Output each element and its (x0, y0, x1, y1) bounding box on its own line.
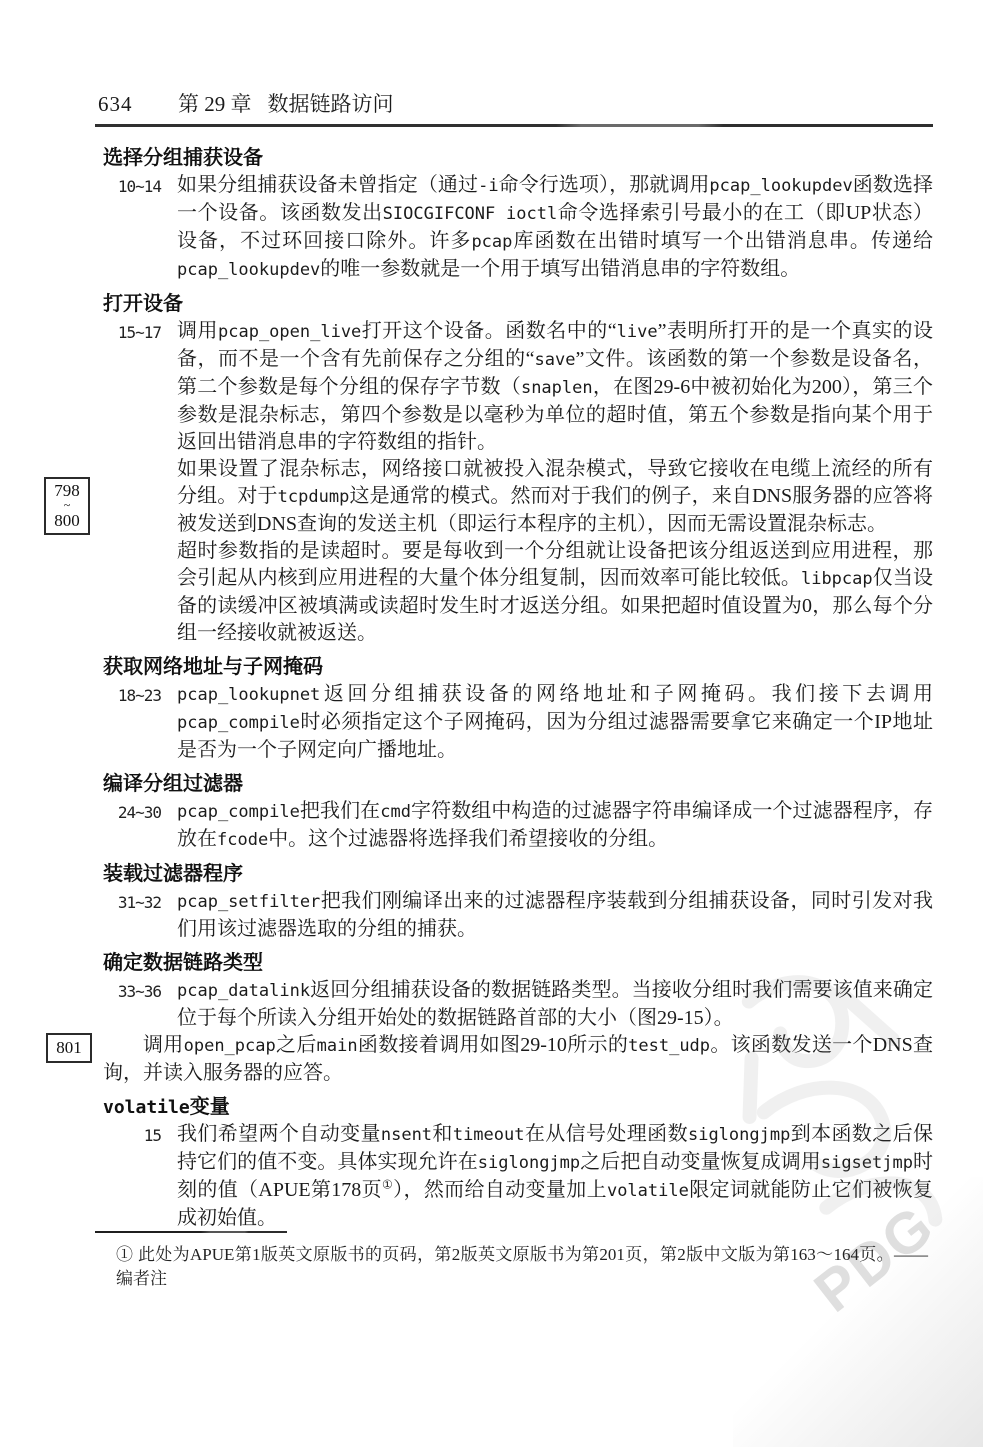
text: 之后把自动变量恢复成调用 (580, 1151, 821, 1173)
code-text: nsent (381, 1125, 432, 1145)
paragraph: 如果分组捕获设备未曾指定（通过-i命令行选项），那就调用pcap_lookupd… (177, 172, 933, 284)
code-text: open_pcap (184, 1036, 276, 1056)
text: 打开这个设备。函数名中的“ (361, 320, 616, 342)
code-text: volatile (103, 1097, 190, 1118)
numbered-commentary-block: 10~14如果分组捕获设备未曾指定（通过-i命令行选项），那就调用pcap_lo… (103, 172, 933, 284)
text: 打开设备 (103, 293, 183, 315)
line-range-label: 31~32 (103, 889, 161, 916)
code-text: siglongjmp (688, 1125, 790, 1145)
line-range-label: 10~14 (103, 173, 161, 200)
section-heading: 打开设备 (103, 291, 933, 318)
text: 编译分组过滤器 (103, 773, 243, 795)
running-header: 634第 29 章数据链路访问 (98, 88, 394, 118)
paragraph: 如果设置了混杂标志，网络接口就被投入混杂模式，导致它接收在电缆上流经的所有分组。… (177, 456, 933, 538)
text: 函数接着调用如图29-10所示的 (358, 1034, 629, 1056)
line-range-label: 18~23 (103, 682, 161, 709)
code-text: test_udp (628, 1036, 710, 1056)
numbered-commentary-block: 15~17调用pcap_open_live打开这个设备。函数名中的“live”表… (103, 318, 933, 647)
text: 在从信号处理函数 (524, 1123, 687, 1145)
chapter-label: 第 29 章 (178, 92, 252, 116)
text: 装载过滤器程序 (103, 863, 243, 885)
code-text: libpcap (801, 569, 873, 589)
code-text: cmd (380, 802, 411, 822)
text: 获取网络地址与子网掩码 (103, 656, 323, 678)
section-heading: 装载过滤器程序 (103, 861, 933, 888)
header-rule (95, 124, 933, 127)
numbered-commentary-block: 18~23pcap_lookupnet返回分组捕获设备的网络地址和子网掩码。我们… (103, 681, 933, 764)
section-heading: volatile变量 (103, 1094, 933, 1121)
code-text: pcap_datalink (177, 981, 310, 1001)
text: 我们希望两个自动变量 (177, 1123, 381, 1145)
text: 调用 (177, 320, 218, 342)
paragraph: pcap_lookupnet返回分组捕获设备的网络地址和子网掩码。我们接下去调用… (177, 681, 933, 764)
code-text: snaplen (521, 378, 593, 398)
text: 调用 (143, 1034, 184, 1056)
body-paragraph-block: 调用open_pcap之后main函数接着调用如图29-10所示的test_ud… (103, 1032, 933, 1087)
code-text: pcap_lookupnet (177, 685, 320, 705)
text: 之后 (276, 1034, 317, 1056)
text: 如果分组捕获设备未曾指定（通过 (177, 174, 478, 196)
text: ），然而给自动变量加上 (393, 1179, 607, 1201)
code-text: main (317, 1036, 358, 1056)
section-heading: 获取网络地址与子网掩码 (103, 654, 933, 681)
code-text: pcap_compile (177, 713, 300, 733)
section-heading: 编译分组过滤器 (103, 771, 933, 798)
margin-page-end: 800 (46, 511, 88, 530)
text: 变量 (190, 1096, 230, 1118)
footnote-text: ① 此处为APUE第1版英文原版书的页码，第2版英文原版书为第201页，第2版中… (116, 1243, 928, 1291)
section-heading: 确定数据链路类型 (103, 950, 933, 977)
footnote-divider (95, 1231, 287, 1233)
section-heading: 选择分组捕获设备 (103, 145, 933, 172)
margin-page-number-box: 801 (46, 1033, 92, 1063)
page-content: 选择分组捕获设备10~14如果分组捕获设备未曾指定（通过-i命令行选项），那就调… (103, 138, 933, 1232)
code-text: live (617, 322, 658, 342)
code-text: -i (478, 176, 498, 196)
margin-page-range-box: 798 ~ 800 (44, 477, 90, 535)
scan-corner-shading (733, 1177, 983, 1447)
paragraph: pcap_compile把我们在cmd字符数组中构造的过滤器字符串编译成一个过滤… (177, 798, 933, 854)
text: 把我们在 (300, 800, 380, 822)
text: 的唯一参数就是一个用于填写出错消息串的字符数组。 (320, 258, 800, 280)
text: 中。这个过滤器将选择我们希望接收的分组。 (268, 828, 668, 850)
margin-page-number: 801 (48, 1035, 90, 1061)
code-text: pcap_compile (177, 802, 300, 822)
page-number: 634 (98, 92, 150, 117)
code-text: save (535, 350, 576, 370)
paragraph: pcap_setfilter把我们刚编译出来的过滤器程序装载到分组捕获设备，同时… (177, 888, 933, 943)
numbered-commentary-block: 33~36pcap_datalink返回分组捕获设备的数据链路类型。当接收分组时… (103, 977, 933, 1032)
code-text: sigsetjmp (821, 1153, 913, 1173)
text: 命令行选项），那就调用 (499, 174, 710, 196)
text: 返回分组捕获设备的网络地址和子网掩码。我们接下去调用 (320, 683, 933, 705)
code-text: tcpdump (278, 487, 350, 507)
line-range-label: 24~30 (103, 799, 161, 826)
book-page: 634第 29 章数据链路访问 798 ~ 800 801 选择分组捕获设备10… (0, 0, 983, 1447)
footnote-ref: ① (382, 1177, 393, 1191)
text: 选择分组捕获设备 (103, 147, 263, 169)
code-text: volatile (607, 1181, 689, 1201)
numbered-commentary-block: 31~32pcap_setfilter把我们刚编译出来的过滤器程序装载到分组捕获… (103, 888, 933, 943)
line-range-label: 33~36 (103, 978, 161, 1005)
line-range-label: 15~17 (103, 319, 161, 346)
tilde-separator: ~ (46, 500, 88, 511)
code-text: timeout (453, 1125, 525, 1145)
code-text: pcap (471, 232, 512, 252)
code-text: pcap_open_live (218, 322, 361, 342)
text: 和 (432, 1123, 453, 1145)
paragraph: 调用open_pcap之后main函数接着调用如图29-10所示的test_ud… (103, 1032, 933, 1087)
numbered-commentary-block: 24~30pcap_compile把我们在cmd字符数组中构造的过滤器字符串编译… (103, 798, 933, 854)
text: 确定数据链路类型 (103, 952, 263, 974)
chapter-title: 数据链路访问 (268, 92, 394, 116)
paragraph: 调用pcap_open_live打开这个设备。函数名中的“live”表明所打开的… (177, 318, 933, 456)
code-text: SIOCGIFCONF ioctl (383, 204, 558, 224)
code-text: pcap_lookupdev (709, 176, 852, 196)
code-text: pcap_lookupdev (177, 260, 320, 280)
paragraph: 超时参数指的是读超时。要是每收到一个分组就让设备把该分组返送到应用进程，那会引起… (177, 538, 933, 647)
text: 库函数在出错时填写一个出错消息串。传递给 (512, 230, 933, 252)
code-text: pcap_setfilter (177, 892, 320, 912)
paragraph: pcap_datalink返回分组捕获设备的数据链路类型。当接收分组时我们需要该… (177, 977, 933, 1032)
code-text: fcode (217, 830, 268, 850)
code-text: siglongjmp (478, 1153, 580, 1173)
line-range-label: 15 (103, 1122, 161, 1149)
